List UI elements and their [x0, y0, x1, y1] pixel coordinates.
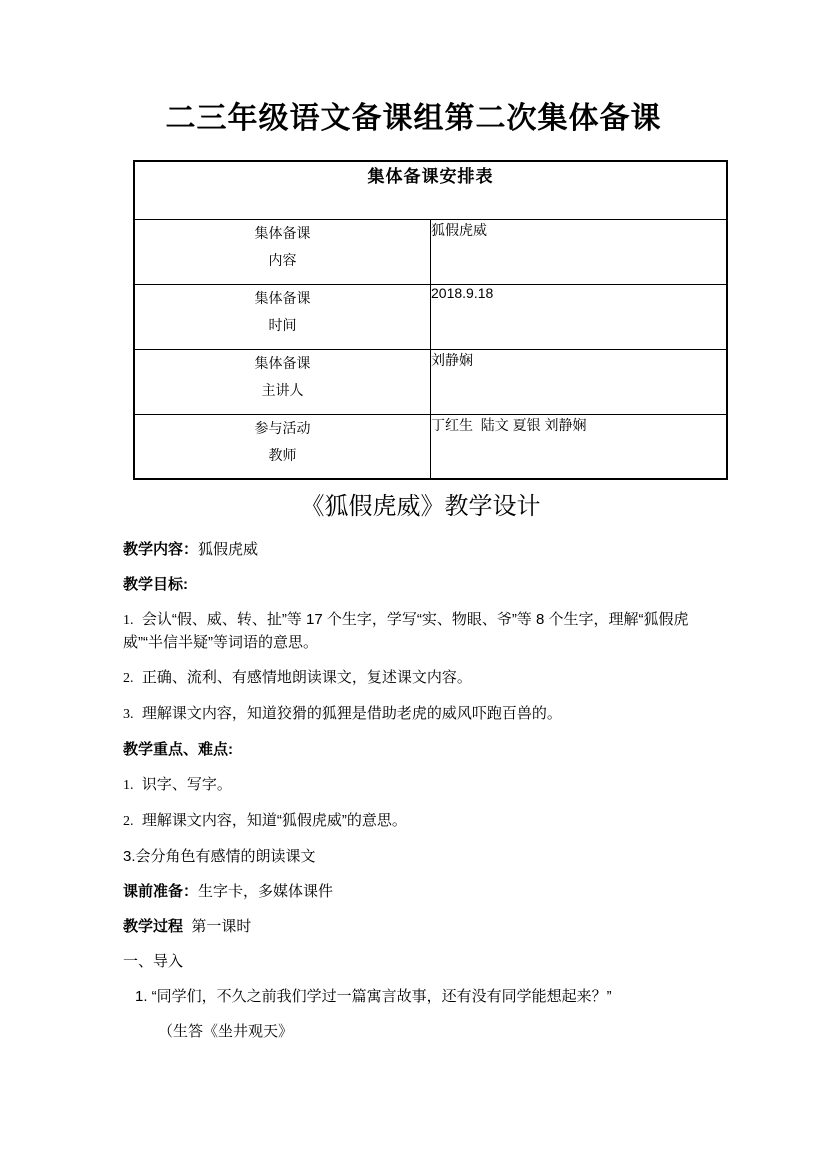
list-number: 2. [123, 671, 134, 686]
paragraph-text: 一、导入 [123, 953, 183, 970]
document-page: 二三年级语文备课组第二次集体备课 集体备课安排表 集体备课内容 狐假虎威 集体备… [0, 0, 827, 1170]
table-row: 参与活动教师 丁红生 陆文 夏银 刘静娴 [134, 414, 727, 479]
paragraph-goal-item: 3. 理解课文内容，知道狡猾的狐狸是借助老虎的威风吓跑百兽的。 [123, 703, 713, 726]
paragraph-teaching-goals-heading: 教学目标: [123, 574, 713, 596]
schedule-table: 集体备课安排表 集体备课内容 狐假虎威 集体备课时间 2018.9.18 集体备… [133, 160, 728, 480]
row-label-line1: 集体备课 [135, 285, 430, 312]
paragraph-text: 识字、写字。 [134, 776, 232, 793]
row-label-line2: 主讲人 [135, 377, 430, 404]
lesson-design-title: 《狐假虎威》教学设计 [123, 491, 718, 523]
paragraph-text: （生答《坐井观天》 [158, 1023, 293, 1040]
paragraph-label: 教学目标: [123, 576, 188, 593]
row-value: 刘静娴 [431, 349, 728, 414]
row-label-line1: 参与活动 [135, 415, 430, 442]
paragraph-key-points-heading: 教学重点、难点: [123, 739, 713, 761]
row-value: 2018.9.18 [431, 284, 728, 349]
table-row: 集体备课主讲人 刘静娴 [134, 349, 727, 414]
row-label-line1: 集体备课 [135, 350, 430, 377]
document-body: 教学内容：狐假虎威 教学目标: 1. 会认“假、威、转、扯”等 17 个生字，学… [123, 539, 713, 1043]
row-label: 集体备课时间 [134, 284, 431, 349]
list-number: 3. [123, 707, 134, 722]
table-row: 集体备课时间 2018.9.18 [134, 284, 727, 349]
list-number: 2. [123, 814, 134, 829]
document-title: 二三年级语文备课组第二次集体备课 [0, 0, 827, 141]
table-header-row: 集体备课安排表 [134, 161, 727, 219]
list-number: 1. [123, 778, 134, 793]
paragraph-text: 1. “同学们，不久之前我们学过一篇寓言故事，还有没有同学能想起来？” [135, 988, 612, 1005]
row-label-line1: 集体备课 [135, 220, 430, 247]
paragraph-goal-item: 2. 正确、流利、有感情地朗读课文，复述课文内容。 [123, 667, 713, 690]
paragraph-section-intro: 一、导入 [123, 951, 713, 973]
paragraph-text: 理解课文内容，知道“狐假虎威”的意思。 [134, 812, 407, 829]
table-header: 集体备课安排表 [134, 161, 727, 219]
paragraph-text: 狐假虎威 [198, 541, 258, 558]
row-value: 狐假虎威 [431, 219, 728, 284]
paragraph-teaching-process: 教学过程 第一课时 [123, 916, 713, 938]
paragraph-label: 教学重点、难点: [123, 741, 233, 758]
paragraph-goal-item: 1. 会认“假、威、转、扯”等 17 个生字，学写“实、物眼、爷”等 8 个生字… [123, 609, 713, 654]
row-label: 集体备课主讲人 [134, 349, 431, 414]
paragraph-student-answer: （生答《坐井观天》 [123, 1021, 713, 1043]
table-row: 集体备课内容 狐假虎威 [134, 219, 727, 284]
paragraph-text: 理解课文内容，知道狡猾的狐狸是借助老虎的威风吓跑百兽的。 [134, 705, 562, 722]
list-number: 1. [123, 613, 134, 628]
paragraph-key-point-item: 1. 识字、写字。 [123, 774, 713, 797]
paragraph-key-point-item: 3.会分角色有感情的朗读课文 [123, 846, 713, 868]
paragraph-text: 3.会分角色有感情的朗读课文 [123, 848, 316, 865]
row-label-line2: 时间 [135, 312, 430, 339]
row-label: 参与活动教师 [134, 414, 431, 479]
paragraph-preparation: 课前准备：生字卡，多媒体课件 [123, 881, 713, 903]
row-value: 丁红生 陆文 夏银 刘静娴 [431, 414, 728, 479]
paragraph-text: 生字卡，多媒体课件 [198, 883, 333, 900]
row-label: 集体备课内容 [134, 219, 431, 284]
paragraph-text: 会认“假、威、转、扯”等 17 个生字，学写“实、物眼、爷”等 8 个生字，理解… [123, 611, 689, 651]
paragraph-teaching-content: 教学内容：狐假虎威 [123, 539, 713, 561]
paragraph-label: 教学过程 [123, 918, 183, 935]
paragraph-teacher-question: 1. “同学们，不久之前我们学过一篇寓言故事，还有没有同学能想起来？” [123, 986, 713, 1008]
paragraph-key-point-item: 2. 理解课文内容，知道“狐假虎威”的意思。 [123, 810, 713, 833]
paragraph-label: 教学内容： [123, 541, 198, 558]
row-label-line2: 内容 [135, 247, 430, 274]
paragraph-text: 第一课时 [183, 918, 251, 935]
paragraph-text: 正确、流利、有感情地朗读课文，复述课文内容。 [134, 669, 472, 686]
paragraph-label: 课前准备： [123, 883, 198, 900]
row-label-line2: 教师 [135, 442, 430, 469]
